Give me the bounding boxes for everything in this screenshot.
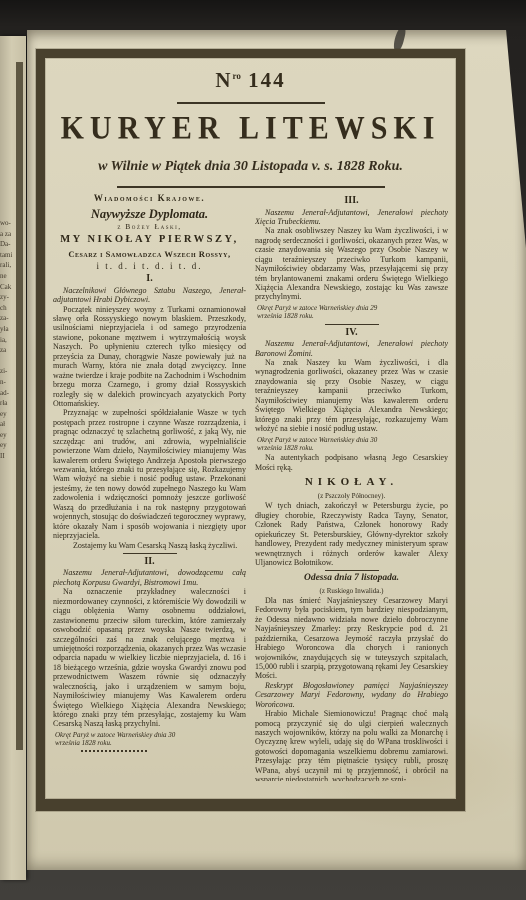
scan-background: wo- a za Da- tami rali, ne Cak zy- ch za… [0, 0, 526, 900]
section-3-number: III. [255, 195, 448, 207]
section-1-number: I. [53, 273, 246, 285]
source-attribution-1: (z Pszczoły Północney). [255, 492, 448, 500]
monarch-name: MY NIKOŁAY PIERWSZY, [53, 234, 246, 246]
section-separator [325, 324, 379, 325]
newspaper-page: Nro 144 KURYER LITEWSKI w Wilnie w Piąte… [27, 30, 526, 870]
masthead-rule [117, 186, 385, 188]
columns: Wiadomości Krajowe. Naywyższe Dyplomata.… [53, 193, 448, 781]
news-section-heading: Wiadomości Krajowe. [53, 193, 246, 204]
section-3-dateline: Okręt Paryż w zatoce Warneńskiey dnia 29… [257, 304, 382, 321]
reskrypt-heading: Reskrypt Błogosławioney pamięci Nayjaśni… [255, 681, 448, 709]
issue-value: 144 [248, 68, 286, 92]
authentication-note: Na autentykach podpisano własną Jego Ces… [255, 453, 448, 472]
adjacent-page-edge: wo- a za Da- tami rali, ne Cak zy- ch za… [0, 36, 26, 880]
section-4-addressee: Naszemu Jenerał-Adjutantowi, Jenerałowi … [255, 339, 448, 358]
section-2-dateline: Okręt Paryż w zatoce Warneńskiey dnia 30… [55, 731, 180, 748]
odessa-paragraph-1: Dla nas śmierć Nayjaśnieyszey Cesarzowey… [255, 596, 448, 681]
section-separator [123, 553, 177, 554]
section-4-dateline: Okręt Paryż w zatoce Warneńskiey dnia 30… [257, 436, 382, 453]
section-1-closing: Zostajemy ku Wam Cesarską Naszą łaską ży… [53, 541, 246, 550]
source-attribution-2: (z Ruskiego Inwalida.) [255, 587, 448, 595]
issue-number: Nro 144 [53, 68, 448, 93]
section-1-paragraph-1: Początek ninieyszey woyny z Turkami ozna… [53, 305, 246, 409]
section-1-paragraph-2: Przyznając w zupełności spółdziałanie Wa… [53, 408, 246, 540]
dateline-rule [81, 750, 147, 752]
page-content: Nro 144 KURYER LITEWSKI w Wilnie w Piąte… [45, 58, 456, 799]
reskrypt-paragraph-1: Hrabio Michale Siemionowiczu! Pragnąc ch… [255, 709, 448, 781]
left-column: Wiadomości Krajowe. Naywyższe Dyplomata.… [53, 193, 246, 781]
printed-frame-border: Nro 144 KURYER LITEWSKI w Wilnie w Piąte… [36, 49, 465, 811]
imperial-signature: NIKOŁAY. [255, 476, 448, 489]
etcetera-line: i t. d. i t. d. i t. d. [53, 261, 246, 272]
section-3-paragraph-1: Na znak osobliwszey Naszey ku Wam życzli… [255, 226, 448, 302]
section-2-paragraph-1: Na oznaczenie przykładney waleczności i … [53, 587, 246, 729]
grace-line: z Bożey Łaski, [53, 223, 246, 232]
document-title: Naywyższe Dyplomata. [53, 207, 246, 222]
section-4-paragraph-1: Na znak Naszey ku Wam życzliwości, i dla… [255, 358, 448, 434]
adjacent-page-frame-border [16, 62, 23, 750]
section-1-addressee: Naczelnikowi Głównego Sztabu Naszego, Je… [53, 286, 246, 305]
section-separator [325, 570, 379, 571]
section-4-number: IV. [255, 327, 448, 339]
issue-superscript: ro [233, 71, 241, 81]
odessa-heading: Odessa dnia 7 listopada. [255, 573, 448, 584]
newspaper-title: KURYER LITEWSKI [53, 111, 448, 148]
masthead-dateline: w Wilnie w Piątek dnia 30 Listopada v. s… [53, 159, 448, 175]
section-2-number: II. [53, 556, 246, 568]
adjacent-page-text-fragments: wo- a za Da- tami rali, ne Cak zy- ch za… [0, 218, 14, 778]
issue-rule [177, 102, 325, 104]
section-3-addressee: Naszemu Jenerał-Adjutantowi, Jenerałowi … [255, 208, 448, 227]
issue-prefix: N [215, 68, 232, 92]
section-2-addressee: Naszemu Jenerał-Adjutantowi, dowodzącemu… [53, 568, 246, 587]
monarch-titles: Cesarz i Samowładzca Wszech Rossyy, [53, 249, 246, 259]
right-column: III. Naszemu Jenerał-Adjutantowi, Jenera… [255, 193, 448, 781]
obituary-paragraph: W tych dniach, zakończył w Petersburgu ż… [255, 501, 448, 567]
